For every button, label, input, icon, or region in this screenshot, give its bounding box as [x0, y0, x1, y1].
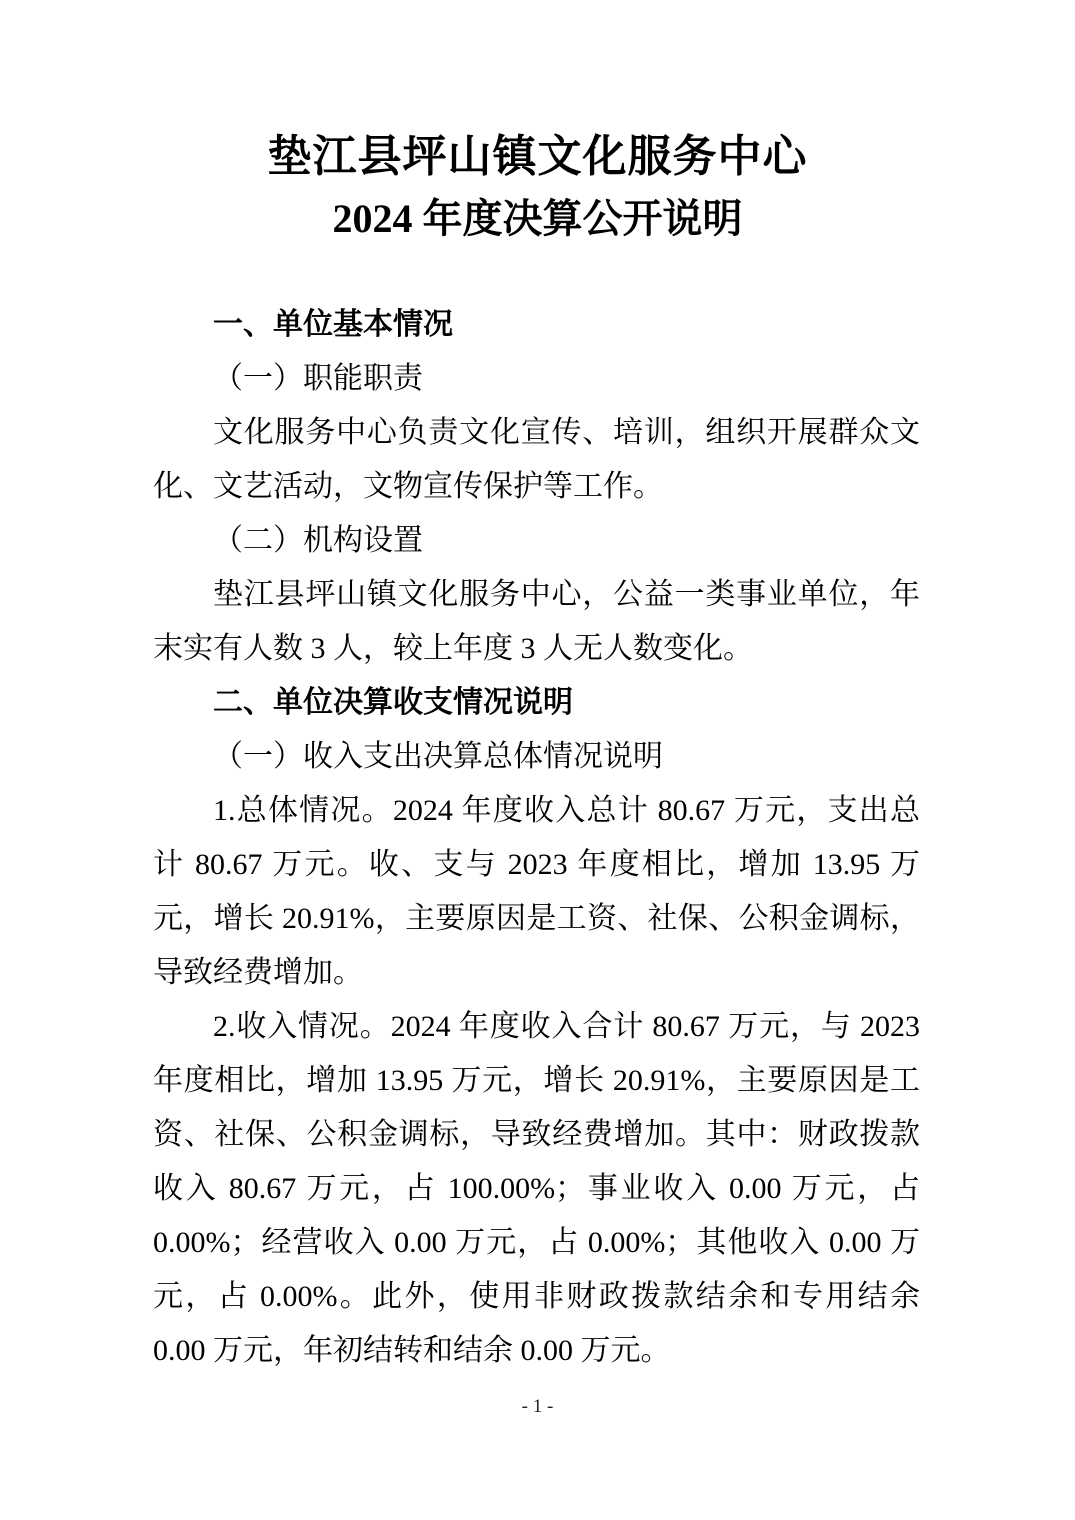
section-heading-1: 一、单位基本情况 — [153, 298, 920, 352]
document-title: 垫江县坪山镇文化服务中心 2024 年度决算公开说明 — [0, 0, 1075, 250]
subsection-heading-2-1: （一）收入支出决算总体情况说明 — [153, 730, 920, 784]
document-body: 一、单位基本情况 （一）职能职责 文化服务中心负责文化宣传、培训，组织开展群众文… — [153, 298, 920, 1378]
document-page: 垫江县坪山镇文化服务中心 2024 年度决算公开说明 一、单位基本情况 （一）职… — [0, 0, 1075, 1520]
subsection-heading-1-2: （二）机构设置 — [153, 514, 920, 568]
subsection-heading-1-1: （一）职能职责 — [153, 352, 920, 406]
paragraph-income-situation: 2.收入情况。2024 年度收入合计 80.67 万元，与 2023 年度相比，… — [153, 1000, 920, 1378]
paragraph-functions: 文化服务中心负责文化宣传、培训，组织开展群众文化、文艺活动，文物宣传保护等工作。 — [153, 406, 920, 514]
page-footer: - 1 - — [0, 1396, 1075, 1418]
title-line-2: 2024 年度决算公开说明 — [0, 188, 1075, 250]
paragraph-organization: 垫江县坪山镇文化服务中心，公益一类事业单位，年末实有人数 3 人，较上年度 3 … — [153, 568, 920, 676]
title-line-1: 垫江县坪山镇文化服务中心 — [0, 126, 1075, 188]
paragraph-overall-situation: 1.总体情况。2024 年度收入总计 80.67 万元，支出总计 80.67 万… — [153, 784, 920, 1000]
page-number: - 1 - — [522, 1396, 554, 1417]
section-heading-2: 二、单位决算收支情况说明 — [153, 676, 920, 730]
